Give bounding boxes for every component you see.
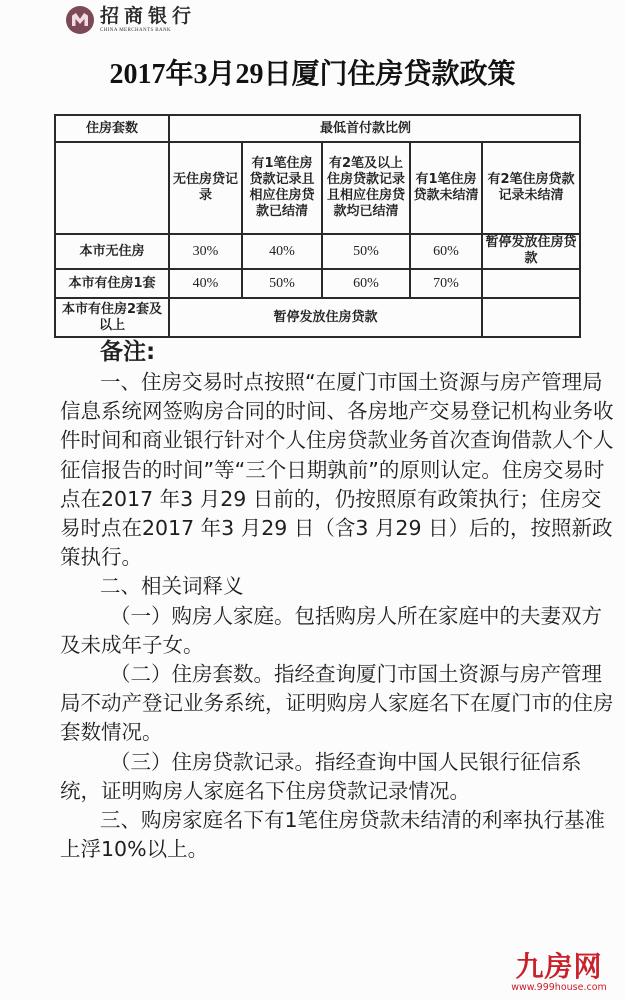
- logo-english-name: CHINA MERCHANTS BANK: [100, 28, 196, 33]
- logo-chinese-name: 招商银行: [100, 7, 196, 26]
- table-cell: 暂停发放住房贷款: [482, 234, 580, 269]
- corner-header: 住房套数: [55, 115, 169, 142]
- watermark-url: www.999house.com: [505, 982, 613, 994]
- column-header: 有1笔住房贷款未结清: [410, 142, 482, 234]
- bank-logo: 招商银行 CHINA MERCHANTS BANK: [66, 4, 196, 36]
- row-label: 本市有住房1套: [55, 269, 169, 298]
- document-title: 2017年3月29日厦门住房贷款政策: [0, 52, 625, 92]
- table-header-row: 住房套数 最低首付款比例: [55, 115, 580, 142]
- column-header: 有1笔住房贷款记录且相应住房贷款已结清: [242, 142, 322, 234]
- table-cell: 40%: [242, 234, 322, 269]
- note-item-1: 一、住房交易时点按照“在厦门市国土资源与房产管理局信息系统网签购房合同的时间、各…: [60, 368, 620, 572]
- notes-section: 备注: 一、住房交易时点按照“在厦门市国土资源与房产管理局信息系统网签购房合同的…: [60, 336, 620, 864]
- row-label: 本市有住房2套及以上: [55, 298, 169, 337]
- column-header: 有2笔及以上住房贷款记录且相应住房贷款均已结清: [322, 142, 410, 234]
- note-item-3: 三、购房家庭名下有1笔住房贷款未结清的利率执行基准上浮10%以上。: [60, 806, 620, 864]
- empty-header-cell: [55, 142, 169, 234]
- down-payment-table: 住房套数 最低首付款比例 无住房贷记录 有1笔住房贷款记录且相应住房贷款已结清 …: [54, 114, 581, 338]
- table-cell: 50%: [322, 234, 410, 269]
- note-item-2-3: （三）住房贷款记录。指经查询中国人民银行征信系统，证明购房人家庭名下住房贷款记录…: [60, 748, 620, 806]
- group-header: 最低首付款比例: [169, 115, 580, 142]
- note-item-2-title: 二、相关词释义: [60, 572, 620, 601]
- table-cell: [482, 298, 580, 337]
- column-header-row: 无住房贷记录 有1笔住房贷款记录且相应住房贷款已结清 有2笔及以上住房贷款记录且…: [55, 142, 580, 234]
- table-cell: 70%: [410, 269, 482, 298]
- merged-cell: 暂停发放住房贷款: [169, 298, 482, 337]
- table-cell: 60%: [410, 234, 482, 269]
- table-cell: 40%: [169, 269, 242, 298]
- notes-heading: 备注:: [60, 336, 620, 368]
- table-row: 本市有住房1套 40% 50% 60% 70%: [55, 269, 580, 298]
- table-row: 本市有住房2套及以上 暂停发放住房贷款: [55, 298, 580, 337]
- column-header: 有2笔住房贷款记录未结清: [482, 142, 580, 234]
- column-header: 无住房贷记录: [169, 142, 242, 234]
- cmb-logo-icon: [66, 6, 94, 34]
- table-row: 本市无住房 30% 40% 50% 60% 暂停发放住房贷款: [55, 234, 580, 269]
- note-item-2-2: （二）住房套数。指经查询厦门市国土资源与房产管理局不动产登记业务系统，证明购房人…: [60, 660, 620, 748]
- row-label: 本市无住房: [55, 234, 169, 269]
- table-cell: 60%: [322, 269, 410, 298]
- table-cell: 50%: [242, 269, 322, 298]
- watermark: 九房网 www.999house.com: [505, 952, 613, 994]
- note-item-2-1: （一）购房人家庭。包括购房人所在家庭中的夫妻双方及未成年子女。: [60, 602, 620, 660]
- table-cell: 30%: [169, 234, 242, 269]
- table-cell: [482, 269, 580, 298]
- watermark-logo: 九房网: [505, 952, 613, 982]
